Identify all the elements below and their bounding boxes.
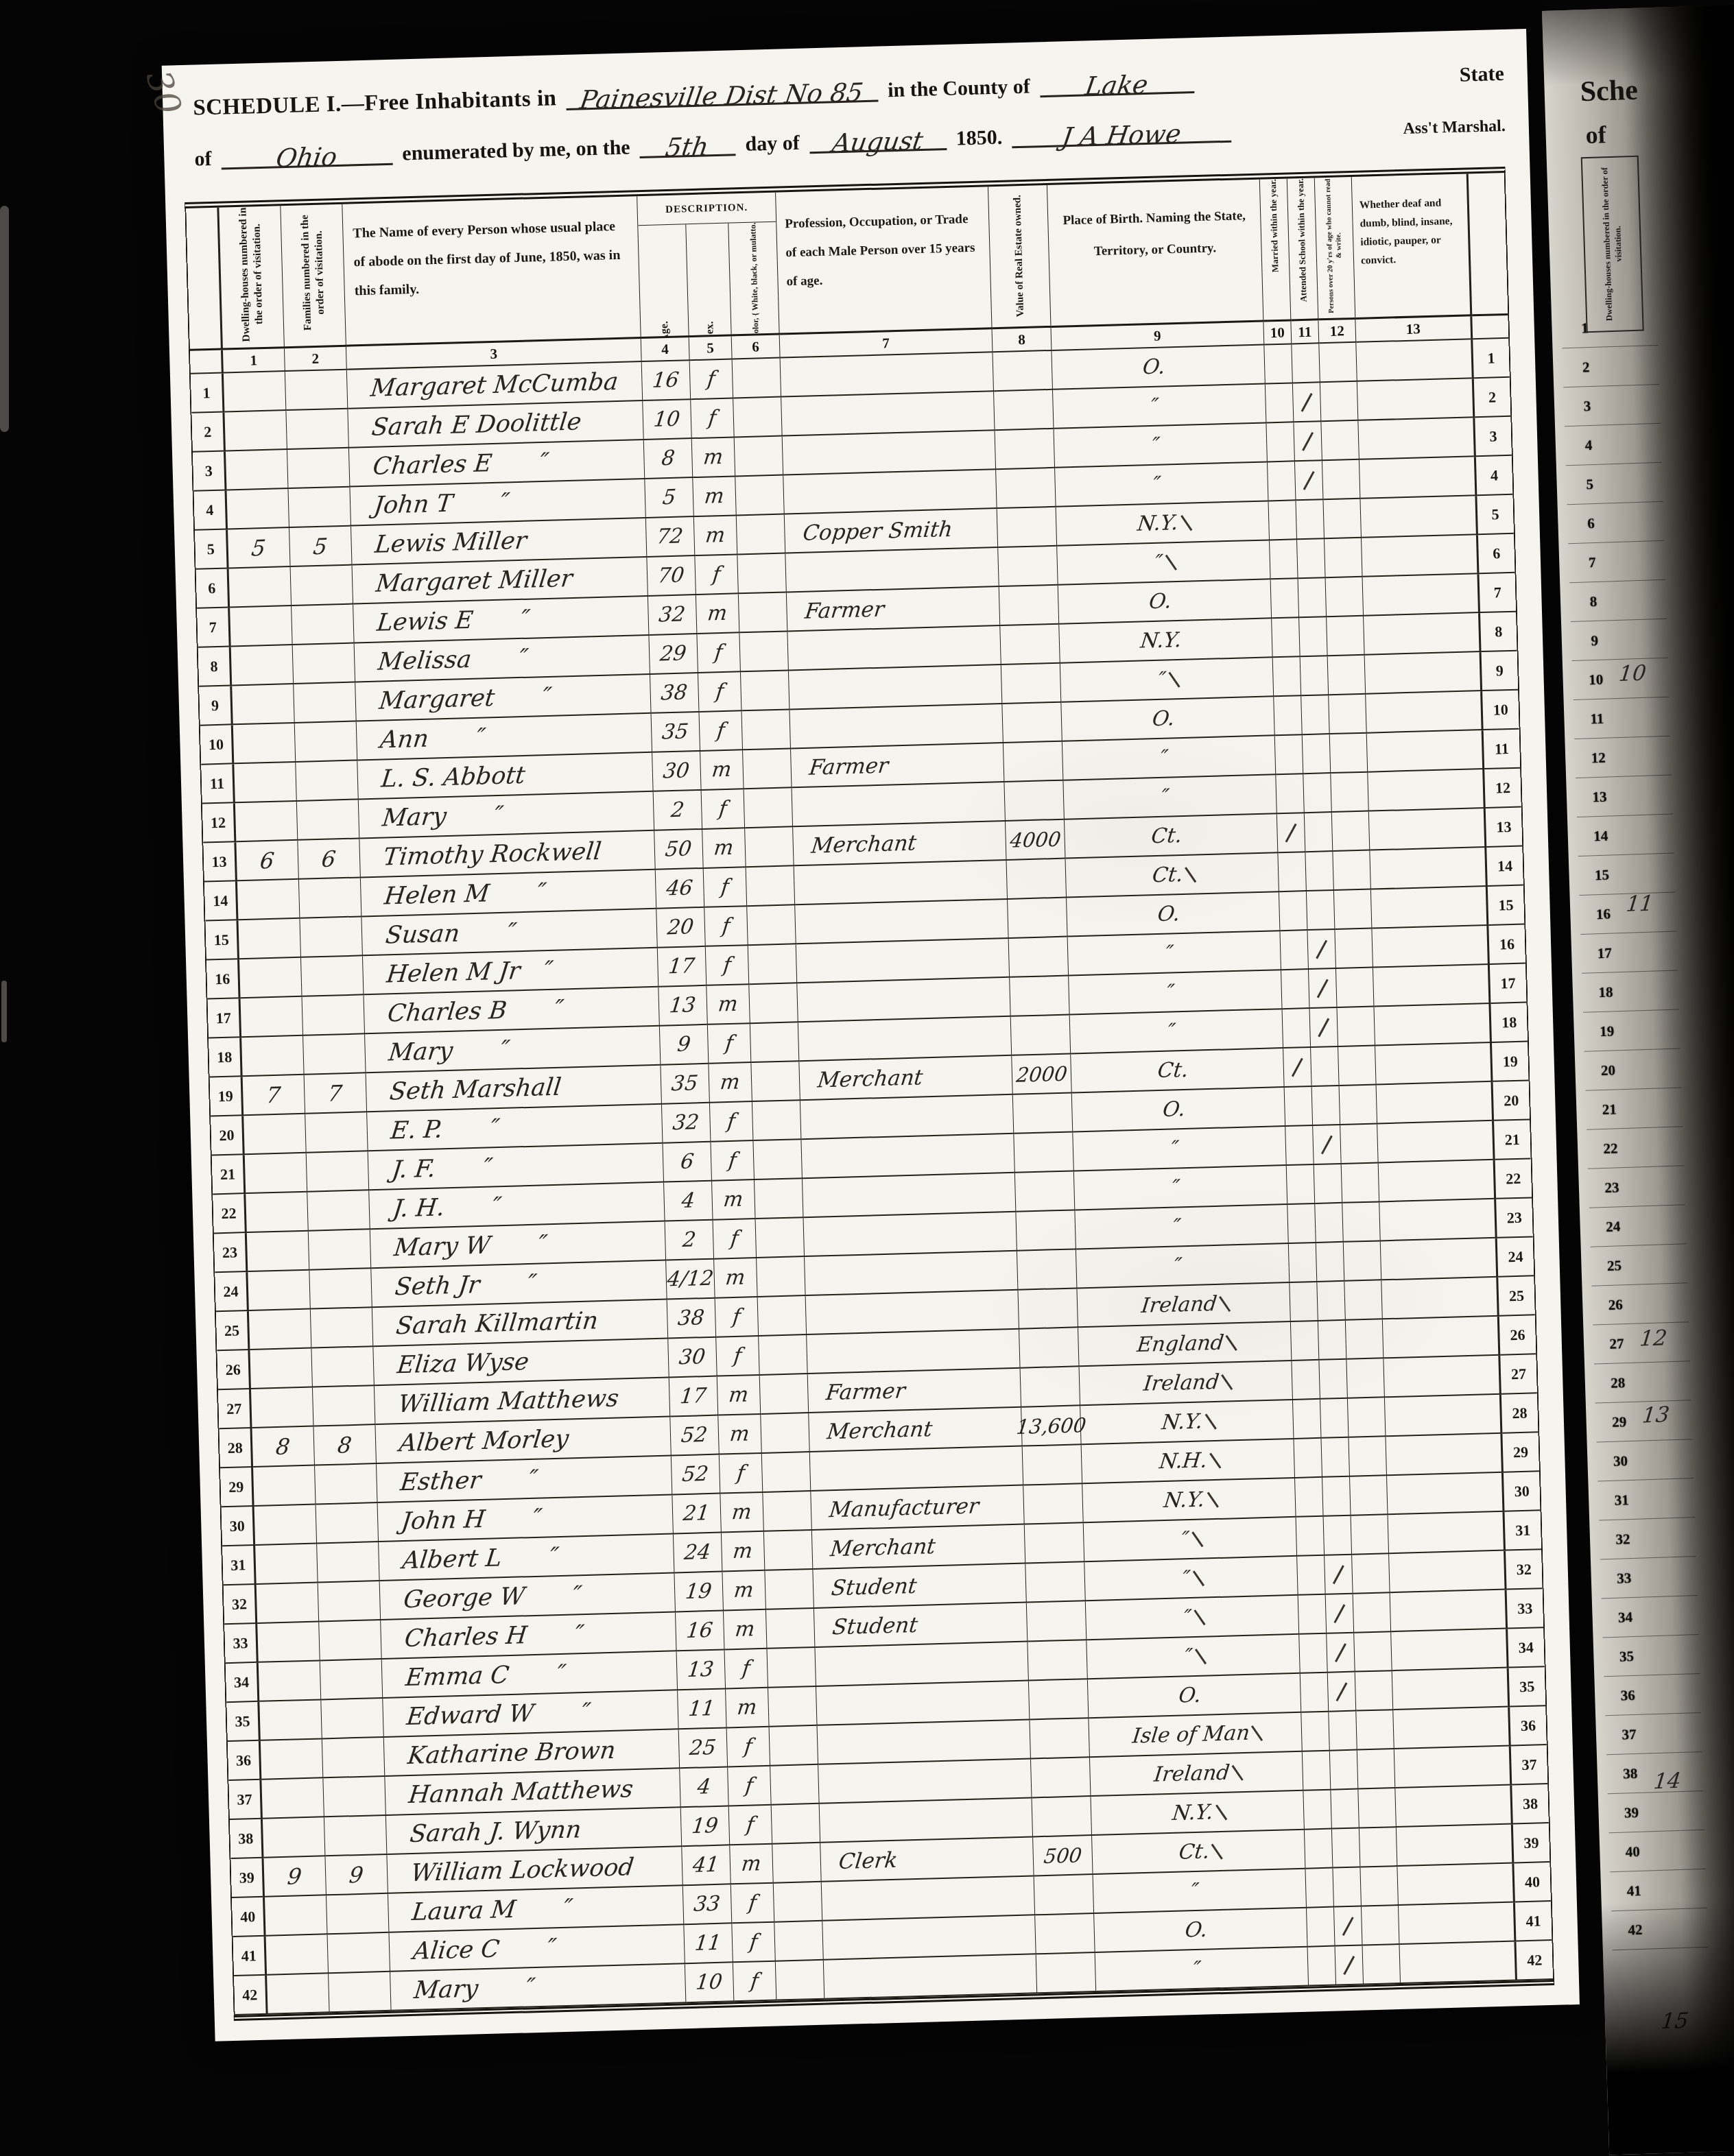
dwelling-number-cell: 9	[263, 1856, 326, 1897]
attended-school-cell	[1332, 1829, 1361, 1869]
marshal-signature-field: J A Howe	[1011, 110, 1231, 149]
cannot-read-cell	[1325, 538, 1363, 578]
row-number-left: 2	[191, 413, 226, 453]
cannot-read-cell	[1354, 1632, 1392, 1672]
occupation-cell	[822, 1915, 1036, 1960]
birthplace-tally-mark	[1211, 1843, 1223, 1859]
age-cell: 41	[682, 1845, 731, 1886]
attended-school-cell	[1328, 1673, 1357, 1712]
condition-cell	[1365, 652, 1482, 695]
number-row-gutter	[190, 350, 224, 374]
married-within-year-cell	[1287, 1204, 1316, 1244]
color-cell	[770, 1765, 820, 1806]
dwelling-number-cell	[233, 723, 296, 764]
married-within-year-cell	[1298, 1595, 1327, 1635]
row-number-right: 4	[1476, 456, 1513, 496]
age-cell: 2	[665, 1221, 715, 1261]
cannot-read-cell	[1328, 656, 1366, 695]
dwelling-number-cell	[232, 684, 295, 725]
attended-school-cell	[1319, 1360, 1348, 1400]
cannot-read-cell	[1353, 1593, 1392, 1633]
row-number-right: 17	[1490, 964, 1527, 1004]
sex-cell: f	[702, 789, 746, 830]
birthplace-cell: ″	[1084, 1518, 1297, 1562]
age-cell: 35	[661, 1064, 710, 1105]
family-number-cell: 6	[298, 839, 361, 879]
birthplace-cell: ″	[1084, 1557, 1298, 1601]
condition-cell	[1385, 1395, 1502, 1437]
birthplace-cell: O.	[1052, 345, 1265, 390]
color-cell	[743, 749, 792, 789]
col-number: 4	[641, 337, 690, 362]
occupation-cell	[797, 978, 1010, 1022]
color-cell	[733, 398, 783, 438]
dwelling-number-cell	[257, 1622, 320, 1662]
sex-cell: m	[724, 1610, 768, 1651]
school-check-mark	[1317, 979, 1329, 998]
row-number-left: 5	[195, 529, 229, 569]
occupation-cell: Merchant	[799, 1056, 1012, 1101]
occupation-cell	[781, 352, 994, 397]
condition-cell	[1375, 1004, 1492, 1046]
family-number-cell: 7	[305, 1073, 368, 1114]
cannot-read-cell	[1350, 1476, 1388, 1516]
sex-cell: f	[725, 1649, 769, 1690]
next-page-row-line	[1613, 1947, 1709, 1950]
row-number-right: 32	[1506, 1550, 1543, 1590]
age-cell: 50	[654, 830, 704, 870]
row-number-right: 25	[1498, 1276, 1535, 1316]
color-cell	[733, 359, 782, 399]
school-check-mark	[1333, 1565, 1344, 1584]
married-within-year-cell	[1287, 1165, 1316, 1205]
occupation-cell: Student	[814, 1603, 1028, 1648]
family-number-cell	[323, 1777, 386, 1817]
row-number-left: 26	[217, 1350, 251, 1390]
condition-cell	[1397, 1863, 1515, 1906]
occupation-cell	[818, 1759, 1032, 1804]
occupation-cell	[796, 939, 1010, 983]
dwelling-number-cell	[245, 1153, 308, 1194]
next-page-row-number: 14	[1585, 827, 1616, 845]
state-label: State	[1459, 62, 1504, 86]
col-header-cannot-read: Persons over 20 y'rs of age who cannot r…	[1315, 177, 1356, 320]
next-page-row-number: 19	[1591, 1022, 1622, 1040]
school-check-mark	[1321, 1135, 1333, 1154]
sex-cell: m	[717, 1376, 761, 1416]
real-estate-value-cell	[1013, 1093, 1073, 1134]
condition-cell	[1381, 1238, 1498, 1281]
color-cell	[745, 827, 794, 867]
color-cell	[751, 1062, 800, 1102]
sex-cell: m	[714, 1258, 758, 1299]
age-cell: 38	[667, 1299, 717, 1339]
condition-cell	[1391, 1629, 1508, 1672]
next-page-row-number: 11	[1582, 710, 1613, 728]
color-cell	[741, 671, 790, 711]
next-page-dwelling-number: 15	[1660, 2009, 1689, 2034]
real-estate-value-cell	[993, 351, 1053, 392]
color-cell	[768, 1648, 817, 1688]
col-header-real-estate: Value of Real Estate owned.	[988, 185, 1052, 329]
dwelling-number-cell	[259, 1700, 322, 1740]
row-number-right: 18	[1490, 1003, 1528, 1043]
sex-cell: f	[706, 946, 750, 986]
color-cell	[748, 944, 798, 985]
occupation-cell	[789, 704, 1003, 749]
married-within-year-cell	[1283, 1048, 1312, 1088]
dwelling-number-cell	[255, 1544, 318, 1584]
color-cell	[742, 710, 792, 750]
attended-school-cell	[1325, 1555, 1353, 1595]
col-number: 11	[1291, 320, 1319, 344]
occupation-cell	[789, 665, 1002, 710]
sex-cell: f	[715, 1297, 759, 1338]
married-within-year-cell	[1303, 1790, 1332, 1830]
family-number-cell	[307, 1190, 370, 1231]
attended-school-cell	[1326, 1594, 1355, 1634]
attended-school-cell	[1293, 383, 1322, 422]
dwelling-number-cell	[227, 489, 290, 529]
attended-school-cell	[1334, 1906, 1363, 1946]
attended-school-cell	[1297, 539, 1326, 579]
color-cell	[772, 1843, 822, 1884]
family-number-cell	[316, 1503, 379, 1544]
family-number-cell	[309, 1269, 372, 1309]
real-estate-value-cell	[1003, 742, 1064, 782]
row-number-right: 21	[1494, 1120, 1531, 1160]
row-number-left: 17	[208, 998, 242, 1038]
dwelling-number-cell	[246, 1193, 309, 1233]
sex-cell: f	[711, 1141, 755, 1182]
married-within-year-cell	[1283, 1009, 1311, 1049]
next-page-row-line	[1608, 1830, 1705, 1833]
birthplace-tally-mark	[1185, 867, 1196, 883]
real-estate-value-cell	[1025, 1523, 1085, 1564]
married-within-year-cell	[1270, 540, 1298, 579]
family-number-cell	[291, 566, 354, 606]
col-number: 10	[1263, 321, 1292, 345]
cannot-read-cell	[1346, 1319, 1384, 1359]
birthplace-tally-mark	[1209, 1452, 1221, 1468]
sex-cell: f	[716, 1337, 760, 1377]
real-estate-value-cell	[1032, 1797, 1093, 1837]
color-cell	[750, 1022, 800, 1063]
school-check-mark	[1301, 392, 1313, 411]
married-within-year-cell	[1264, 344, 1293, 384]
married-within-year-cell	[1305, 1830, 1333, 1869]
marshal-signature: J A Howe	[1060, 124, 1183, 147]
occupation-cell	[822, 1876, 1035, 1921]
family-number-cell	[294, 683, 357, 723]
row-number-left: 21	[212, 1155, 246, 1195]
age-cell: 9	[660, 1025, 709, 1066]
next-page-row-line	[1611, 1908, 1707, 1911]
birthplace-tally-mark	[1251, 1725, 1263, 1740]
real-estate-value-cell	[1021, 1367, 1081, 1407]
real-estate-value-cell	[1011, 1016, 1071, 1056]
row-number-right: 41	[1515, 1902, 1552, 1941]
occupation-cell: Clerk	[820, 1837, 1034, 1882]
next-page-row-line	[1587, 1126, 1683, 1129]
sex-cell: f	[691, 398, 735, 439]
color-cell	[755, 1179, 804, 1219]
next-page-row-line	[1580, 931, 1676, 934]
row-number-left: 19	[210, 1077, 244, 1116]
family-number-cell: 8	[313, 1425, 377, 1465]
occupation-cell	[783, 431, 996, 475]
real-estate-value-cell	[1028, 1640, 1088, 1681]
color-cell	[735, 476, 785, 516]
attended-school-cell	[1311, 1047, 1340, 1087]
condition-cell	[1399, 1902, 1516, 1945]
family-number-cell	[301, 956, 364, 996]
next-page-row-number: 38	[1615, 1765, 1646, 1783]
cannot-read-cell	[1329, 695, 1367, 734]
attended-school-cell	[1318, 1321, 1347, 1361]
condition-cell	[1367, 730, 1484, 773]
birthplace-cell: N.H.	[1082, 1439, 1295, 1484]
real-estate-value-cell	[1000, 625, 1060, 665]
row-number-right: 33	[1507, 1589, 1544, 1629]
condition-cell	[1363, 574, 1480, 616]
birthplace-cell: Ireland	[1080, 1361, 1293, 1406]
county-label: in the County of	[888, 75, 1030, 102]
condition-cell	[1360, 496, 1477, 538]
sex-cell: f	[727, 1727, 771, 1768]
age-cell: 46	[656, 869, 705, 909]
school-check-mark	[1318, 1018, 1329, 1037]
next-page-row-line	[1598, 1478, 1694, 1481]
dwelling-number-cell	[241, 997, 304, 1038]
age-cell: 30	[652, 752, 702, 792]
dwelling-number-cell	[244, 1114, 307, 1155]
sex-cell: f	[690, 359, 734, 400]
district-value: Painesville Dist No 85	[579, 83, 865, 111]
condition-cell	[1366, 691, 1483, 734]
sex-cell: m	[700, 750, 744, 791]
cannot-read-cell	[1346, 1358, 1385, 1398]
attended-school-cell	[1314, 1164, 1343, 1204]
color-cell	[757, 1257, 806, 1297]
sex-cell: m	[712, 1180, 756, 1221]
next-page-row-line	[1565, 423, 1661, 427]
dwelling-number-cell	[241, 1036, 305, 1077]
color-cell	[746, 866, 796, 907]
col-number: 12	[1318, 320, 1356, 344]
sex-cell: f	[732, 1923, 776, 1963]
sex-cell: f	[704, 867, 748, 908]
birthplace-tally-mark	[1193, 1609, 1205, 1625]
next-page-row-line	[1574, 736, 1670, 739]
family-number-cell	[313, 1386, 376, 1426]
family-number-cell	[315, 1464, 378, 1505]
age-cell: 20	[656, 908, 706, 948]
row-number-right: 6	[1478, 534, 1515, 574]
next-page-row-number: 2	[1571, 359, 1602, 376]
next-page-row-number: 24	[1598, 1218, 1628, 1236]
col-header-sex: Sex.	[686, 224, 732, 339]
married-within-year-cell	[1292, 1361, 1320, 1400]
dwelling-number-cell: 7	[243, 1075, 306, 1116]
row-number-left: 16	[206, 959, 241, 999]
attended-school-cell	[1327, 1633, 1355, 1673]
sex-cell: m	[706, 985, 750, 1025]
row-number-left: 6	[196, 568, 230, 608]
row-number-right: 11	[1484, 730, 1521, 769]
left-gutter-header	[186, 208, 223, 351]
next-page-row-line	[1594, 1361, 1690, 1364]
next-page-row-line	[1573, 697, 1670, 700]
dwelling-number-cell	[231, 645, 294, 686]
next-page-row-line	[1582, 970, 1678, 973]
col-header-age: Age.	[638, 224, 689, 339]
occupation-cell: Farmer	[791, 743, 1004, 788]
next-page-row-number: 35	[1611, 1648, 1642, 1666]
next-page-row-line	[1567, 501, 1663, 505]
married-within-year-cell	[1300, 1673, 1329, 1713]
next-page-dwelling-number: 10	[1617, 661, 1647, 686]
cannot-read-cell	[1358, 1788, 1397, 1828]
attended-school-cell	[1307, 891, 1335, 931]
birthplace-cell: ″	[1095, 1948, 1309, 1992]
family-number-cell	[293, 644, 356, 684]
real-estate-value-cell	[1023, 1445, 1083, 1485]
family-number-cell	[299, 878, 362, 918]
attended-school-cell	[1321, 1438, 1350, 1478]
married-within-year-cell	[1296, 1517, 1325, 1557]
attended-school-cell	[1300, 656, 1329, 696]
cannot-read-cell	[1360, 1867, 1399, 1906]
row-number-right: 42	[1516, 1941, 1553, 1980]
real-estate-value-cell	[1025, 1562, 1086, 1603]
row-number-right: 15	[1488, 886, 1525, 926]
row-number-right: 5	[1477, 495, 1514, 535]
cannot-read-cell	[1335, 929, 1373, 969]
occupation-cell	[794, 861, 1008, 905]
color-cell	[762, 1452, 811, 1493]
condition-cell	[1373, 965, 1490, 1007]
cannot-read-cell	[1326, 577, 1364, 617]
attended-school-cell	[1324, 1516, 1353, 1556]
next-page-dwelling-number: 12	[1639, 1326, 1668, 1351]
row-number-left: 13	[203, 842, 237, 882]
sex-cell: f	[697, 633, 741, 673]
birthplace-cell: N.Y.	[1082, 1478, 1296, 1523]
next-page-dwelling-number: 11	[1625, 891, 1654, 916]
cannot-read-cell	[1321, 421, 1359, 461]
occupation-cell	[781, 392, 995, 436]
occupation-cell: Farmer	[808, 1369, 1021, 1413]
family-number-cell	[288, 488, 351, 528]
birthplace-cell: ″	[1062, 736, 1276, 780]
next-page-row-number: 26	[1600, 1296, 1631, 1314]
next-page-row-number: 32	[1608, 1531, 1639, 1548]
row-number-left: 23	[214, 1233, 248, 1273]
occupation-cell: Student	[813, 1564, 1026, 1609]
attended-school-cell	[1301, 695, 1330, 735]
birthplace-cell: ″	[1075, 1205, 1288, 1249]
col-header-married: Married within the year.	[1260, 178, 1292, 322]
sex-cell: f	[729, 1806, 773, 1846]
color-cell	[759, 1335, 808, 1376]
row-number-left: 9	[199, 686, 233, 726]
next-page-row-line	[1597, 1439, 1693, 1442]
attended-school-cell	[1294, 422, 1322, 462]
number-row-gutter	[1472, 315, 1508, 339]
married-within-year-cell	[1295, 1478, 1324, 1518]
col-number: 2	[285, 347, 347, 372]
age-cell: 17	[669, 1377, 719, 1417]
day-field: 5th	[639, 123, 736, 158]
family-number-cell	[300, 917, 363, 957]
color-cell	[756, 1218, 805, 1258]
attended-school-cell	[1296, 500, 1325, 540]
birthplace-cell: O.	[1094, 1908, 1307, 1953]
cannot-read-cell	[1351, 1515, 1390, 1555]
marshal-label: Ass't Marshal.	[1403, 117, 1506, 137]
family-number-cell: 9	[325, 1855, 388, 1895]
age-cell: 52	[670, 1416, 720, 1457]
married-within-year-cell	[1294, 1439, 1323, 1478]
attended-school-cell	[1310, 1008, 1339, 1048]
color-cell	[765, 1570, 814, 1610]
school-check-mark	[1303, 470, 1315, 490]
married-within-year-cell	[1276, 774, 1305, 814]
color-cell	[766, 1609, 816, 1649]
birthplace-cell: ″	[1055, 462, 1268, 507]
real-estate-value-cell	[1017, 1249, 1078, 1290]
birthplace-cell: O.	[1061, 697, 1274, 741]
color-cell	[758, 1296, 807, 1337]
condition-cell	[1392, 1668, 1510, 1711]
birthplace-cell: Ct.	[1092, 1830, 1305, 1875]
next-page-row-line	[1578, 853, 1674, 857]
color-cell	[770, 1726, 819, 1766]
school-check-mark	[1342, 1917, 1354, 1936]
next-page-row-number: 3	[1572, 398, 1603, 416]
row-number-left: 35	[226, 1702, 261, 1742]
color-cell	[752, 1101, 802, 1141]
row-number-left: 37	[228, 1780, 263, 1820]
occupation-cell: Merchant	[793, 822, 1006, 866]
condition-cell	[1388, 1512, 1506, 1555]
attended-school-cell	[1307, 930, 1336, 970]
age-cell: 72	[646, 517, 696, 558]
next-page-row-line	[1600, 1556, 1696, 1559]
condition-cell	[1383, 1317, 1500, 1359]
next-page-row-number: 18	[1591, 983, 1622, 1001]
color-cell	[776, 1961, 825, 2001]
color-cell	[739, 632, 789, 672]
cannot-read-cell	[1342, 1202, 1381, 1242]
sex-cell: f	[710, 1102, 754, 1142]
real-estate-value-cell	[1007, 859, 1067, 900]
next-page-row-number: 20	[1593, 1062, 1624, 1079]
married-within-year-cell	[1293, 1400, 1322, 1439]
age-cell: 52	[672, 1455, 721, 1496]
row-number-left: 25	[216, 1311, 250, 1351]
school-check-mark	[1343, 1956, 1355, 1975]
married-within-year-cell	[1299, 1634, 1328, 1674]
attended-school-cell	[1330, 1751, 1359, 1790]
col-header-birthplace: Place of Birth. Naming the State, Territ…	[1047, 180, 1264, 328]
row-number-right: 27	[1500, 1354, 1537, 1394]
next-page-row-line	[1603, 1634, 1699, 1638]
col-header-name: The Name of every Person whose usual pla…	[342, 196, 641, 347]
attended-school-cell	[1329, 1712, 1357, 1751]
next-page-dwelling-number: 13	[1641, 1402, 1670, 1428]
